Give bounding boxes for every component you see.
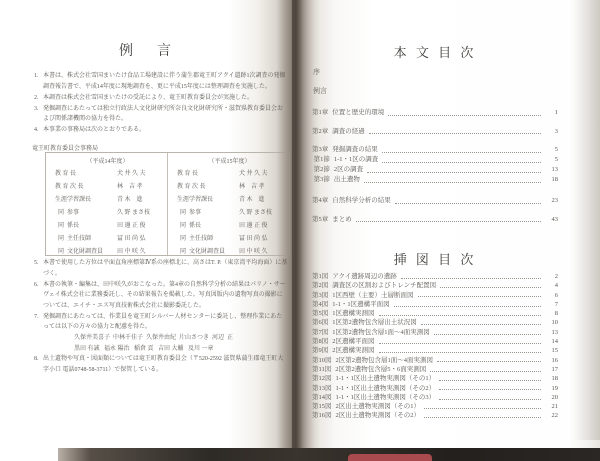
figure-label: 第2図 xyxy=(312,281,328,290)
note-text: 本書で使用した方位は平面直角座標第Ⅳ系の座標北に、高さはT. P.（東京湾平均海… xyxy=(43,258,288,279)
figure-title: 1-1・1区出土遺物実測図（その3） xyxy=(336,393,436,402)
dotted-leader xyxy=(356,215,541,223)
figure-page-number: 15 xyxy=(544,346,558,355)
book-cover-red-edge xyxy=(348,454,432,461)
dotted-leader xyxy=(379,337,542,344)
note-text: 本書は、株式会社雪国まいたけ食品工場建設に伴う蒲生郡竜王町アクイ遺跡1次調査の発… xyxy=(43,71,288,92)
figure-row: 第2図調査区の区割およびトレンチ配置図4 xyxy=(312,281,558,290)
figure-title: 調査区の区割およびトレンチ配置図 xyxy=(332,281,436,290)
staff-row: 同 主任技師冨 田 尚 弘 xyxy=(177,233,282,246)
figure-label: 第1図 xyxy=(312,272,328,281)
figure-row: 第7図1区第2遺物包含層1面〜4面実測図13 xyxy=(312,328,558,337)
toc-page-number: 18 xyxy=(544,175,558,185)
toc-page-number: 13 xyxy=(544,165,558,175)
dotted-leader xyxy=(379,309,542,316)
staff-row: 教 育 次 長林 吉 孝 xyxy=(55,181,160,194)
staff-column-h14: （平成14年度） 教 育 長犬 井 久 夫 教 育 次 長林 吉 孝 生涯学習課… xyxy=(46,153,167,255)
note-item: 2. 本調査は株式会社雪国まいたけの受託により、竜王町教育委員会が実施した。 xyxy=(34,93,288,104)
note-number: 5. xyxy=(34,258,43,279)
figure-label: 第3図 xyxy=(312,291,328,300)
dotted-leader xyxy=(439,393,541,400)
toc-title: 調査の経過 xyxy=(332,127,365,137)
figure-label: 第6図 xyxy=(312,318,328,327)
figure-label: 第5図 xyxy=(312,309,328,318)
figure-row: 第13図1-1・1区出土遺物実測図（その2）19 xyxy=(312,384,558,393)
staff-column-h15: （平成15年度） 教 育 長犬 井 久 夫 教 育 次 長林 吉 孝 生涯学習課… xyxy=(167,153,289,255)
toc-row: 第3節出土遺物18 xyxy=(312,175,558,185)
note-item: 4. 本事業の事務局は次のとおりである。 xyxy=(34,125,288,136)
main-contents-list: 第1章位置と歴史的環境1 第2章調査の経過3 第3章発掘調査の結果5 第1節1-… xyxy=(312,108,558,225)
figure-title: アクイ遺跡周辺の遺跡 xyxy=(332,272,396,281)
toc-section-label: 第3節 xyxy=(312,175,330,185)
dotted-leader xyxy=(401,272,541,279)
toc-row: 第4章自然科学分析の結果23 xyxy=(312,196,558,206)
dotted-leader xyxy=(395,196,541,204)
staff-role: 生涯学習課長 xyxy=(55,194,117,207)
left-page-title: 例 言 xyxy=(0,40,292,60)
figure-page-number: 4 xyxy=(544,281,558,290)
figure-page-number: 19 xyxy=(544,384,558,393)
toc-row: 第5章まとめ43 xyxy=(312,215,558,225)
staff-row: 同 主任技師冨 田 尚 弘 xyxy=(55,233,160,246)
staff-column-header: （平成15年度） xyxy=(177,156,282,168)
figure-title: 1区第2遺物包含層1面〜4面実測図 xyxy=(332,328,430,337)
staff-name: 青 木 進 xyxy=(117,194,160,207)
dotted-leader xyxy=(367,165,541,173)
staff-role: 教 育 長 xyxy=(55,168,117,181)
figure-row: 第10図2区第2遺物包含層1面〜4面実測図16 xyxy=(312,356,558,365)
figure-title: 2区遺構平面図 xyxy=(332,337,374,346)
staff-row: 同 参事久 野 まさ枝 xyxy=(55,207,160,220)
dotted-leader xyxy=(379,346,542,353)
figure-label: 第15図 xyxy=(312,402,332,411)
figure-label: 第14図 xyxy=(312,393,332,402)
figure-label: 第16図 xyxy=(312,411,332,420)
note-text: 本調査は株式会社雪国まいたけの受託により、竜王町教育委員会が実施した。 xyxy=(43,93,288,104)
toc-page-number: 1 xyxy=(544,108,558,118)
note-item: 1. 本書は、株式会社雪国まいたけ食品工場建設に伴う蒲生郡竜王町アクイ遺跡1次調… xyxy=(34,71,288,92)
note-number: 1. xyxy=(34,71,43,92)
dotted-leader xyxy=(439,384,541,391)
toc-chapter-label: 第3章 xyxy=(312,145,328,155)
toc-title: 発掘調査の結果 xyxy=(332,145,378,155)
figure-label: 第13図 xyxy=(312,384,332,393)
figure-title: 1-1・1区出土遺物実測図（その1） xyxy=(336,374,436,383)
figure-page-number: 6 xyxy=(544,291,558,300)
open-book-photo: 例 言 1. 本書は、株式会社雪国まいたけ食品工場建設に伴う蒲生郡竜王町アクイ遺… xyxy=(0,0,600,461)
dotted-leader xyxy=(439,374,541,381)
staff-name: 林 吉 孝 xyxy=(117,181,160,194)
staff-name: 青 木 進 xyxy=(239,194,282,207)
figure-row: 第16図2区出土遺物実測図（その2）22 xyxy=(312,411,558,420)
staff-row: 教 育 長犬 井 久 夫 xyxy=(55,168,160,181)
staff-role: 教 育 次 長 xyxy=(177,181,239,194)
note-item: 8. 出土遺物や写真・図面類については竜王町教育委員会（〒520-2592 滋賀… xyxy=(34,354,288,375)
toc-row: 第1節1-1・1区の調査5 xyxy=(312,155,558,165)
figure-page-number: 10 xyxy=(544,318,558,327)
dotted-leader xyxy=(437,356,541,363)
staff-row: 同 参事久 野 まさ枝 xyxy=(177,207,282,220)
staff-row: 教 育 次 長林 吉 孝 xyxy=(177,181,282,194)
toc-row: 第2章調査の経過3 xyxy=(312,127,558,137)
dotted-leader xyxy=(364,175,541,183)
dotted-leader xyxy=(434,328,541,335)
dotted-leader xyxy=(388,108,541,116)
figure-title: 2区出土遺物実測図（その2） xyxy=(336,411,421,420)
staff-name: 田 邊 正 俊 xyxy=(117,220,160,233)
staff-name: 田 邊 正 俊 xyxy=(239,220,282,233)
front-item-preface: 序 xyxy=(313,63,327,82)
figure-contents-list: 第1図アクイ遺跡周辺の遺跡2 第2図調査区の区割およびトレンチ配置図4 第3図1… xyxy=(312,272,558,421)
staff-row: 同 係長田 邊 正 俊 xyxy=(55,220,160,233)
dotted-leader xyxy=(430,365,541,372)
staff-name: 冨 田 尚 弘 xyxy=(239,233,282,246)
toc-page-number: 3 xyxy=(544,127,558,137)
figure-label: 第12図 xyxy=(312,374,332,383)
cooperator-names-line: 久保井美喜子 中林千佳子 久保井由紀 片山さつき 河辺 正 xyxy=(34,333,288,344)
dotted-leader xyxy=(382,145,541,153)
main-contents-title: 本 文 目 次 xyxy=(312,42,558,61)
figure-row: 第6図1区第2遺物包含層出土状況図10 xyxy=(312,318,558,327)
dotted-leader xyxy=(382,155,541,163)
toc-title: 2区の調査 xyxy=(334,165,363,175)
figure-row: 第8図2区遺構平面図14 xyxy=(312,337,558,346)
dotted-leader xyxy=(369,127,541,135)
toc-page-number: 5 xyxy=(544,145,558,155)
staff-row: 同 係長田 邊 正 俊 xyxy=(177,220,282,233)
dotted-leader xyxy=(440,281,541,288)
toc-title: 出土遺物 xyxy=(334,175,360,185)
figure-page-number: 17 xyxy=(544,365,558,374)
figure-label: 第11図 xyxy=(312,365,331,374)
note-text: 本事業の事務局は次のとおりである。 xyxy=(43,125,288,136)
figure-page-number: 13 xyxy=(544,328,558,337)
staff-name: 犬 井 久 夫 xyxy=(117,168,160,181)
staff-name: 久 野 まさ枝 xyxy=(239,207,282,220)
staff-role: 同 参事 xyxy=(177,207,239,220)
figure-label: 第7図 xyxy=(312,328,328,337)
staff-role: 同 主任技師 xyxy=(55,233,117,246)
toc-title: 1-1・1区の調査 xyxy=(334,155,378,165)
figure-label: 第8図 xyxy=(312,337,328,346)
figure-row: 第14図1-1・1区出土遺物実測図（その3）20 xyxy=(312,393,558,402)
staff-role: 同 主任技師 xyxy=(177,233,239,246)
note-text: 出土遺物や写真・図面類については竜王町教育委員会（〒520-2592 滋賀県蒲生… xyxy=(43,354,288,375)
note-number: 7. xyxy=(34,312,43,333)
staff-role: 同 係長 xyxy=(55,220,117,233)
front-matter-items: 序 例言 xyxy=(313,63,327,101)
dotted-leader xyxy=(394,300,541,307)
note-text: 発掘調査にあたっては独立行政法人文化財研究所奈良文化財研究所・滋賀県教育委員会お… xyxy=(43,104,288,125)
dotted-leader xyxy=(418,291,542,298)
figure-page-number: 20 xyxy=(544,393,558,402)
toc-chapter-label: 第2章 xyxy=(312,127,328,137)
figure-row: 第3図1区西壁（主要）土層断面図6 xyxy=(312,291,558,300)
note-item: 5. 本書で使用した方位は平面直角座標第Ⅳ系の座標北に、高さはT. P.（東京湾… xyxy=(34,258,288,279)
figure-title: 2区第2遺物包含層1面〜4面実測図 xyxy=(336,356,434,365)
staff-role: 同 参事 xyxy=(55,207,117,220)
figure-title: 1-1・1区出土遺物実測図（その2） xyxy=(336,384,436,393)
dotted-leader xyxy=(424,411,541,418)
figure-title: 1区遺構実測図 xyxy=(332,309,374,318)
figure-page-number: 2 xyxy=(544,272,558,281)
front-item-notes: 例言 xyxy=(313,82,327,101)
figure-title: 2区第2遺物包含層5・6面実測図 xyxy=(335,365,426,374)
figure-page-number: 8 xyxy=(544,309,558,318)
figure-title: 1-1・1区遺構平面図 xyxy=(332,300,389,309)
note-item: 7. 発掘調査にあたっては、作業員を竜王町シルバー人材センターに委託し、整理作業… xyxy=(34,312,288,333)
note-number: 2. xyxy=(34,93,43,104)
toc-chapter-label: 第4章 xyxy=(312,196,328,206)
toc-chapter-label: 第1章 xyxy=(312,108,328,118)
toc-section-label: 第1節 xyxy=(312,155,330,165)
staff-role: 教 育 次 長 xyxy=(55,181,117,194)
figure-title: 1区西壁（主要）土層断面図 xyxy=(332,291,413,300)
staff-row: 教 育 長犬 井 久 夫 xyxy=(177,168,282,181)
staff-name: 久 野 まさ枝 xyxy=(117,207,160,220)
figure-label: 第9図 xyxy=(312,346,328,355)
figure-row: 第15図2区出土遺物実測図（その1）21 xyxy=(312,402,558,411)
figure-row: 第9図2区遺構実測図15 xyxy=(312,346,558,355)
dotted-leader xyxy=(424,402,541,409)
staff-name: 冨 田 尚 弘 xyxy=(117,233,160,246)
staff-role: 同 係長 xyxy=(177,220,239,233)
cooperator-names-line: 黒田 有誠 福永 陽治 稲倉 貢 吉田 大輔 及川 一章 xyxy=(34,344,288,355)
note-number: 3. xyxy=(34,104,43,125)
toc-title: 位置と歴史的環境 xyxy=(332,108,384,118)
toc-page-number: 43 xyxy=(544,215,558,225)
note-text: 発掘調査にあたっては、作業員を竜王町シルバー人材センターに委託し、整理作業にあた… xyxy=(43,312,288,333)
figure-page-number: 7 xyxy=(544,300,558,309)
staff-role: 生涯学習課長 xyxy=(177,194,239,207)
staff-column-header: （平成14年度） xyxy=(55,156,160,168)
figure-page-number: 16 xyxy=(544,356,558,365)
figure-page-number: 21 xyxy=(544,402,558,411)
figure-title: 2区出土遺物実測図（その1） xyxy=(336,402,421,411)
figure-page-number: 22 xyxy=(544,411,558,420)
staff-row: 生涯学習課長青 木 進 xyxy=(55,194,160,207)
book-bottom-edge xyxy=(58,448,600,461)
toc-page-number: 5 xyxy=(544,155,558,165)
toc-section-label: 第2節 xyxy=(312,165,330,175)
note-number: 4. xyxy=(34,125,43,136)
figure-row: 第1図アクイ遺跡周辺の遺跡2 xyxy=(312,272,558,281)
note-number: 6. xyxy=(34,280,43,312)
toc-chapter-label: 第5章 xyxy=(312,215,328,225)
figure-row: 第11図2区第2遺物包含層5・6面実測図17 xyxy=(312,365,558,374)
note-number: 8. xyxy=(34,354,43,375)
explanatory-notes-1: 1. 本書は、株式会社雪国まいたけ食品工場建設に伴う蒲生郡竜王町アクイ遺跡1次調… xyxy=(34,71,288,136)
figure-page-number: 14 xyxy=(544,337,558,346)
figure-row: 第12図1-1・1区出土遺物実測図（その1）18 xyxy=(312,374,558,383)
toc-title: 自然科学分析の結果 xyxy=(332,196,391,206)
figure-row: 第5図1区遺構実測図8 xyxy=(312,309,558,318)
note-text: 本書の執筆・編集は、田中咲久がおこなった。第4章の自然科学分析の結果はパリノ・サ… xyxy=(43,280,288,312)
toc-page-number: 23 xyxy=(544,196,558,206)
staff-name: 犬 井 久 夫 xyxy=(239,168,282,181)
staff-name: 林 吉 孝 xyxy=(239,181,282,194)
toc-row: 第1章位置と歴史的環境1 xyxy=(312,108,558,118)
figure-row: 第4図1-1・1区遺構平面図7 xyxy=(312,300,558,309)
staff-row: 生涯学習課長青 木 進 xyxy=(177,194,282,207)
figure-title: 2区遺構実測図 xyxy=(332,346,374,355)
staff-table: （平成14年度） 教 育 長犬 井 久 夫 教 育 次 長林 吉 孝 生涯学習課… xyxy=(45,152,290,256)
education-board-office-label: 竜王町教育委員会事務局 xyxy=(32,143,98,152)
toc-row: 第3章発掘調査の結果5 xyxy=(312,145,558,155)
toc-row: 第2節2区の調査13 xyxy=(312,165,558,175)
note-item: 6. 本書の執筆・編集は、田中咲久がおこなった。第4章の自然科学分析の結果はパリ… xyxy=(34,280,288,312)
explanatory-notes-2: 5. 本書で使用した方位は平面直角座標第Ⅳ系の座標北に、高さはT. P.（東京湾… xyxy=(34,258,288,376)
toc-title: まとめ xyxy=(332,215,352,225)
figure-page-number: 18 xyxy=(544,374,558,383)
figure-contents-title: 挿 図 目 次 xyxy=(312,249,558,268)
dotted-leader xyxy=(421,318,541,325)
figure-label: 第10図 xyxy=(312,356,332,365)
note-item: 3. 発掘調査にあたっては独立行政法人文化財研究所奈良文化財研究所・滋賀県教育委… xyxy=(34,104,288,125)
staff-role: 教 育 長 xyxy=(177,168,239,181)
figure-label: 第4図 xyxy=(312,300,328,309)
figure-title: 1区第2遺物包含層出土状況図 xyxy=(332,318,417,327)
